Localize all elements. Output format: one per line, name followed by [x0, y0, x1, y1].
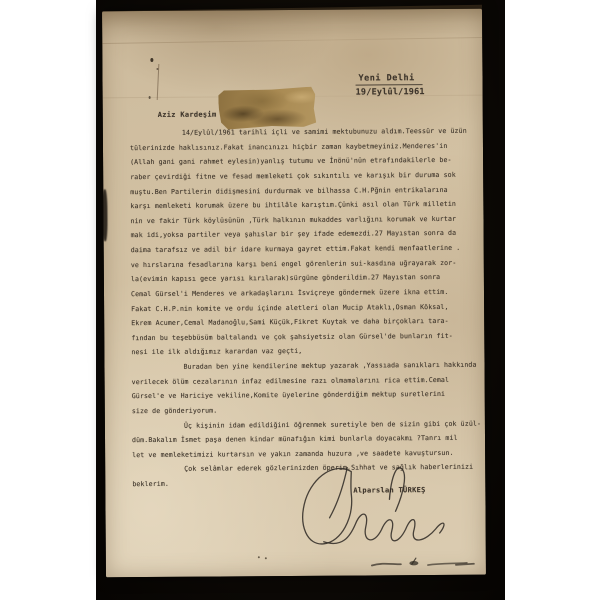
letter-paper: Yeni Delhi 19/Eylûl/1961 Aziz Kardeşim 1…	[102, 9, 486, 578]
photo-background: Yeni Delhi 19/Eylûl/1961 Aziz Kardeşim 1…	[96, 0, 505, 600]
place-line: Yeni Delhi	[355, 73, 422, 85]
pencil-marks-icon	[368, 555, 483, 572]
tape-strip-icon	[218, 87, 316, 130]
ink-specks-icon	[150, 58, 152, 60]
letter-line: fından bu teşebbüsüm baltalandı ve çok ş…	[131, 329, 467, 346]
date-line: 19/Eylûl/1961	[356, 87, 425, 97]
edge-smudge	[102, 189, 107, 241]
salutation: Aziz Kardeşim	[158, 111, 217, 119]
letter-line: Cemal Gürsel'i Menderes ve arkadaşlarını…	[131, 285, 467, 302]
letter-header: Yeni Delhi 19/Eylûl/1961	[355, 65, 424, 97]
letter-body: 14/Eylûl/1961 tarihli içli ve samimi mek…	[130, 124, 469, 492]
letter-line: raber çevirdiği fitne ve fesad memleketi…	[130, 168, 466, 185]
letter-line: Gürsel'e ve Hariciye vekiline,Komite üye…	[132, 387, 468, 404]
paper-dots	[258, 556, 268, 560]
